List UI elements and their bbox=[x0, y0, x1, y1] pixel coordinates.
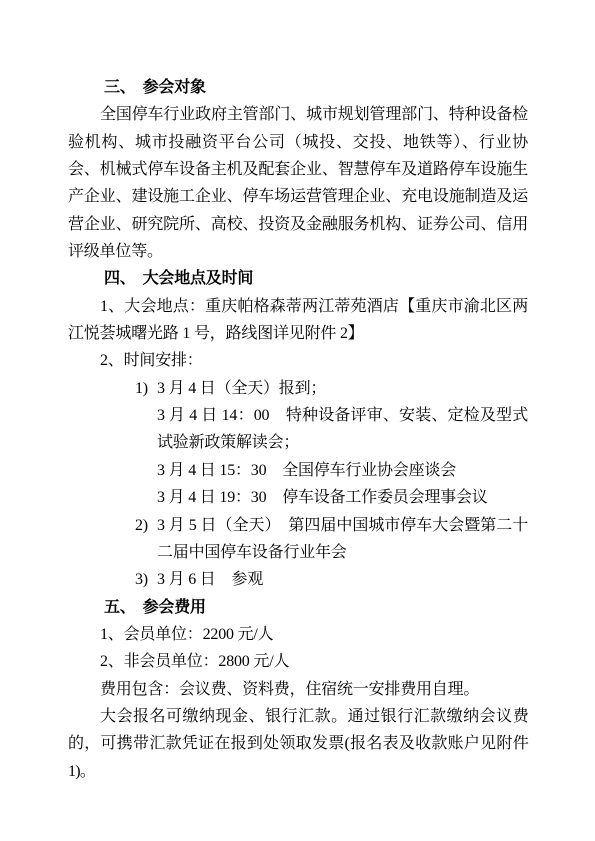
schedule-line: 3 月 4 日 19：30 停车设备工作委员会理事会议 bbox=[157, 484, 528, 511]
fee-member-line: 1、会员单位：2200 元/人 bbox=[68, 621, 528, 648]
schedule-item-number: 3) bbox=[135, 566, 148, 593]
fee-payment-paragraph: 大会报名可缴纳现金、银行汇款。通过银行汇款缴纳会议费的，可携带汇款凭证在报到处领… bbox=[68, 703, 528, 785]
schedule-line: 3 月 6 日 参观 bbox=[157, 566, 528, 593]
page-content: 三、参会对象 全国停车行业政府主管部门、城市规划管理部门、特种设备检验机构、城市… bbox=[68, 74, 528, 785]
schedule-line: 3 月 4 日 15：30 全国停车行业协会座谈会 bbox=[157, 457, 528, 484]
section-number: 四、 bbox=[104, 270, 136, 287]
schedule-line: 3 月 4 日（全天）报到； bbox=[157, 375, 528, 402]
schedule-item-number: 1) bbox=[135, 375, 148, 402]
schedule-line: 3 月 5 日（全天） 第四届中国城市停车大会暨第二十二届中国停车设备行业年会 bbox=[157, 512, 528, 567]
fee-non-member-line: 2、非会员单位：2800 元/人 bbox=[68, 648, 528, 675]
schedule-label: 2、时间安排： bbox=[68, 347, 528, 374]
section-title: 参会费用 bbox=[143, 599, 206, 616]
document-page: 三、参会对象 全国停车行业政府主管部门、城市规划管理部门、特种设备检验机构、城市… bbox=[0, 0, 595, 841]
schedule-item: 3) 3 月 6 日 参观 bbox=[68, 566, 528, 593]
schedule-line: 3 月 4 日 14：00 特种设备评审、安装、定检及型式试验新政策解读会； bbox=[157, 402, 528, 457]
section-heading-participants: 三、参会对象 bbox=[68, 74, 528, 101]
schedule-item-number: 2) bbox=[135, 512, 148, 539]
section-title: 参会对象 bbox=[143, 79, 206, 96]
schedule-item: 1) 3 月 4 日（全天）报到； 3 月 4 日 14：00 特种设备评审、安… bbox=[68, 375, 528, 512]
section-title: 大会地点及时间 bbox=[143, 270, 254, 287]
section-heading-venue-time: 四、大会地点及时间 bbox=[68, 265, 528, 292]
fee-includes-line: 费用包含：会议费、资料费，住宿统一安排费用自理。 bbox=[68, 676, 528, 703]
participants-paragraph: 全国停车行业政府主管部门、城市规划管理部门、特种设备检验机构、城市投融资平台公司… bbox=[68, 101, 528, 265]
section-number: 三、 bbox=[104, 79, 136, 96]
section-number: 五、 bbox=[104, 599, 136, 616]
schedule-item: 2) 3 月 5 日（全天） 第四届中国城市停车大会暨第二十二届中国停车设备行业… bbox=[68, 512, 528, 567]
section-heading-fees: 五、参会费用 bbox=[68, 594, 528, 621]
venue-location-line: 1、大会地点：重庆帕格森蒂两江蒂苑酒店【重庆市渝北区两江悦荟城曙光路 1 号，路… bbox=[68, 293, 528, 348]
